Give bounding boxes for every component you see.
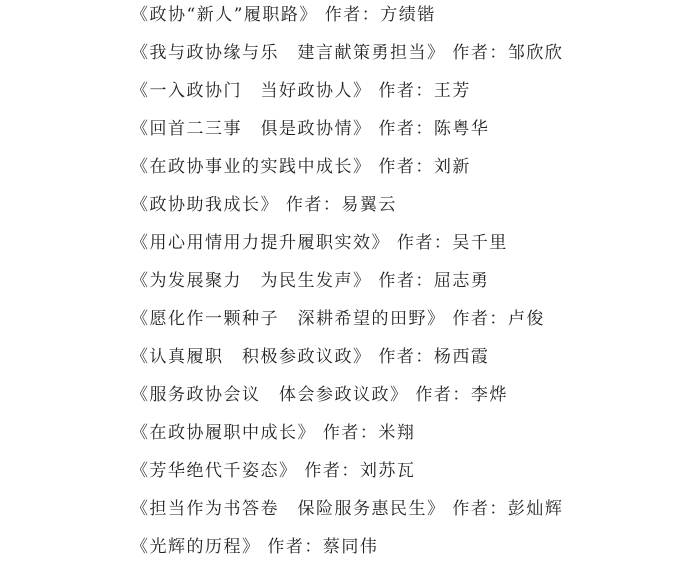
author-name: 卢俊 <box>508 309 545 329</box>
list-item: 《用心用情用力提升履职实效》 作者：吴千里 <box>131 228 508 266</box>
author-label: 作者： <box>390 233 452 253</box>
list-item: 《芳华绝代千姿态》 作者：刘苏瓦 <box>131 456 415 494</box>
article-title: 《政协助我成长》 <box>131 195 279 215</box>
list-item: 《回首二三事 俱是政协情》 作者：陈粤华 <box>131 114 489 152</box>
article-title: 《光辉的历程》 <box>131 537 261 557</box>
author-label: 作者： <box>372 119 434 139</box>
list-item: 《在政协履职中成长》 作者：米翔 <box>131 418 415 456</box>
article-title: 《愿化作一颗种子 深耕希望的田野》 <box>131 309 446 329</box>
author-label: 作者： <box>318 5 380 25</box>
article-title: 《服务政协会议 体会参政议政》 <box>131 385 409 405</box>
author-name: 屈志勇 <box>434 271 490 291</box>
list-item: 《在政协事业的实践中成长》 作者：刘新 <box>131 152 471 190</box>
author-label: 作者： <box>372 347 434 367</box>
list-item: 《服务政协会议 体会参政议政》 作者：李烨 <box>131 380 508 418</box>
list-item: 《政协助我成长》 作者：易翼云 <box>131 190 397 228</box>
author-name: 王芳 <box>434 81 471 101</box>
author-label: 作者： <box>446 499 508 519</box>
article-title: 《我与政协缘与乐 建言献策勇担当》 <box>131 43 446 63</box>
list-item: 《政协“新人”履职路》 作者：方绩锴 <box>131 0 436 38</box>
list-item: 《为发展聚力 为民生发声》 作者：屈志勇 <box>131 266 489 304</box>
author-label: 作者： <box>409 385 471 405</box>
article-title: 《回首二三事 俱是政协情》 <box>131 119 372 139</box>
author-label: 作者： <box>372 81 434 101</box>
author-name: 方绩锴 <box>380 5 436 25</box>
author-name: 陈粤华 <box>434 119 490 139</box>
author-label: 作者： <box>261 537 323 557</box>
author-name: 蔡同伟 <box>323 537 379 557</box>
article-title: 《一入政协门 当好政协人》 <box>131 81 372 101</box>
author-name: 杨西霞 <box>434 347 490 367</box>
list-item: 《愿化作一颗种子 深耕希望的田野》 作者：卢俊 <box>131 304 545 342</box>
author-name: 李烨 <box>471 385 508 405</box>
article-title: 《为发展聚力 为民生发声》 <box>131 271 372 291</box>
author-label: 作者： <box>279 195 341 215</box>
author-name: 易翼云 <box>341 195 397 215</box>
author-label: 作者： <box>298 461 360 481</box>
author-name: 米翔 <box>378 423 415 443</box>
author-name: 刘苏瓦 <box>360 461 416 481</box>
list-item: 《光辉的历程》 作者：蔡同伟 <box>131 532 378 563</box>
article-title: 《认真履职 积极参政议政》 <box>131 347 372 367</box>
author-label: 作者： <box>316 423 378 443</box>
list-item: 《我与政协缘与乐 建言献策勇担当》 作者：邹欣欣 <box>131 38 563 76</box>
list-item: 《一入政协门 当好政协人》 作者：王芳 <box>131 76 471 114</box>
author-name: 刘新 <box>434 157 471 177</box>
article-title: 《政协“新人”履职路》 <box>131 5 318 25</box>
author-label: 作者： <box>446 309 508 329</box>
author-name: 邹欣欣 <box>508 43 564 63</box>
author-label: 作者： <box>372 271 434 291</box>
article-title: 《芳华绝代千姿态》 <box>131 461 298 481</box>
author-label: 作者： <box>446 43 508 63</box>
author-label: 作者： <box>372 157 434 177</box>
article-title: 《在政协履职中成长》 <box>131 423 316 443</box>
author-name: 吴千里 <box>452 233 508 253</box>
article-title: 《用心用情用力提升履职实效》 <box>131 233 390 253</box>
list-item: 《担当作为书答卷 保险服务惠民生》 作者：彭灿辉 <box>131 494 563 532</box>
list-item: 《认真履职 积极参政议政》 作者：杨西霞 <box>131 342 489 380</box>
author-name: 彭灿辉 <box>508 499 564 519</box>
article-title: 《在政协事业的实践中成长》 <box>131 157 372 177</box>
article-title: 《担当作为书答卷 保险服务惠民生》 <box>131 499 446 519</box>
